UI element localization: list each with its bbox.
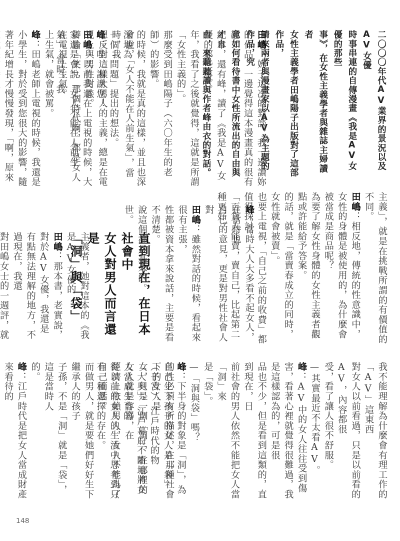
text-column-top-left: 會說，「女人不能在人前生氣」，當時，我 想反對這樣大男人的主義，總是在電視上與男…	[10, 30, 135, 190]
intro-block: 二〇〇〇年代AV業界的景況以及AV女優 時事串連的自傳漫畫《我是AV女優的那些 …	[278, 30, 388, 178]
paragraph: 會說，「女人不能在人前生氣」，當時，我	[108, 30, 135, 190]
intro-line: 事》，在女性主義學者與雜誌主婦讀者	[300, 30, 329, 178]
text-column-bottom-left: 的性必須有所描述，在那種社會下的女人是 女，只是一個「洞」，在那裡的女人就是容器…	[10, 362, 175, 502]
paragraph: 紀本，還有峰，讀了《我是AV女優的那些事》。	[200, 30, 227, 190]
paragraph: 而做男人，就是要她們好好生下繼承人的孩子	[68, 362, 95, 502]
paragraph: 對田嶋女士的一週評，就是對我說：	[0, 232, 10, 342]
paragraph: 上生氣，就會被罵。	[41, 30, 54, 190]
paragraph: 的。	[28, 362, 41, 502]
paragraph: 說這個都是基本的。	[134, 205, 147, 345]
paragraph: 那麼受到田嶋陽子（六〇年生的老師）的影響。	[146, 30, 173, 190]
paragraph: 女，只是一個「洞」，在那裡的女人就是容器，在	[121, 362, 148, 502]
paragraph: 峰：AV中的女人往往受到傷害，看著心裡就覺得很難過，我是這樣認為的，可是很	[267, 362, 307, 502]
paragraph: 主義」，就是在挑戰所謂的有價值的不同。	[361, 192, 388, 347]
paragraph: 世。	[121, 205, 134, 345]
paragraph: 田嶋：相反地，傳統的性意識中，女性的身體是被使用的，為什麼會被當成是商品呢？	[321, 192, 361, 347]
paragraph: 峰：當時大人大多看不起女人，在當時也	[228, 205, 255, 345]
paragraph: 品也不少，但是看到這類的，直到現在，日	[241, 362, 268, 502]
paragraph: 田嶋：那本書，老實說，對於AV女優，我還是有點無法理解的地方，不過現在，我還	[10, 232, 64, 342]
intro-line: 二〇〇〇年代AV業界的景況以及AV女優	[359, 30, 388, 178]
paragraph: 的性必須有所描述，在那種社會下的女人是	[148, 362, 175, 502]
text-column-top-middle: 田嶋：妳子這次的對談，我一邊讀妳的作品，一邊覺得這本漫畫真的很有趣。 紀本，還有…	[142, 30, 267, 190]
text-column-bottom-right: 我不能理解為什麼會有理工作的「AV」這東西 對女人以前看過，只是以前看的AV，內…	[173, 362, 388, 502]
paragraph: 是「袋」。	[200, 362, 213, 502]
paragraph: —其實最近不太看AV。	[308, 362, 321, 502]
paragraph: 子孫，不是「洞」就是「袋」，這是當時人	[41, 362, 68, 502]
paragraph: 受，看了讓人很不舒服。	[321, 362, 334, 502]
intro-line: 時事串連的自傳漫畫《我是AV女優的那些	[330, 30, 359, 178]
paragraph: 年，我看了之後就覺得，這就是所謂「女性主義的」。	[173, 30, 200, 190]
paragraph: 我不能理解為什麼會有理工作的「AV」這東西	[361, 362, 388, 502]
paragraph: 性都被資本拿來說話，主要是看不清楚。	[148, 205, 175, 345]
paragraph: 峰：江戶時代是把女人當成財產來看待的	[1, 362, 28, 502]
paragraph: 的話，就是「當賣春成立的同時，女性就會被賣」。	[267, 192, 294, 347]
text-column-top-right: 主義」，就是在挑戰所謂的有價值的不同。 田嶋：相反地，傳統的性意識中，女性的身體…	[263, 192, 388, 347]
paragraph: 想反對這樣大男人的主義，總是在電視上與男性對談。	[81, 30, 108, 190]
paragraph: —「洞與袋」嗎？	[187, 362, 200, 502]
paragraph: 主義者，她對這本的《我是AV女優的	[63, 232, 90, 342]
paragraph: 自己的意見，更是對男性社會人對	[201, 205, 228, 345]
intro-line: 女性主義學者田嶋陽子出版對了這部作品，	[271, 30, 300, 178]
paragraph: 對女人以前看過，只是以前看的AV，內容都很	[334, 362, 361, 502]
text-column-mid-left: 主義者，她對這本的《我是AV女優的 田嶋：那本書，老實說，對於AV女優，我還是有…	[10, 232, 90, 342]
paragraph: 經濟上依賴男人，女人不能為了自己而活。	[95, 362, 122, 502]
paragraph: 時代。	[0, 362, 1, 502]
paragraph: 前社會的男人依然不能把女人當「洞」來	[214, 362, 241, 502]
paragraph: 田嶋：妳子這次的對談，我一邊讀妳的作品，一邊覺得這本漫畫真的很有趣。	[227, 30, 267, 190]
paragraph: 峰：田嶋老師上電視的時候，我還是小學生，對於受到您很大的影響，隨著年紀增長才慢慢…	[0, 30, 41, 190]
paragraph: 田嶋：雖然對話的時候，看起來很有主張，	[175, 205, 202, 345]
paragraph: 為要了解女性身體的女性主義者觀點或許能給予答案。	[294, 192, 321, 347]
page-number: 148	[16, 517, 29, 525]
text-column-mid-right: 峰：當時大人大多看不起女人，在當時也 自己的意見，更是對男性社會人對 田嶋：雖然…	[160, 205, 255, 345]
paragraph: 辯論「笑」，那個時代啊，都是女人在電視上生氣。	[55, 30, 82, 190]
